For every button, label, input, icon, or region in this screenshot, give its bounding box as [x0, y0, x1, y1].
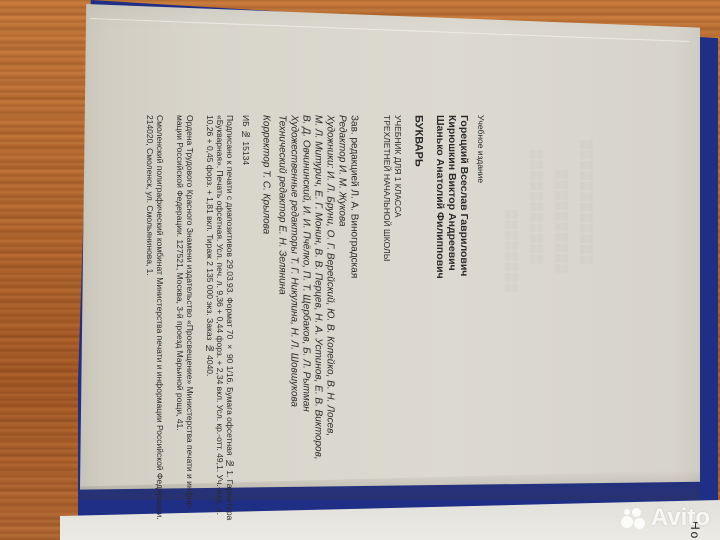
avito-dots-logo-icon [621, 506, 647, 530]
subtitle-line-2: ТРЕХЛЕТНЕЙ НАЧАЛЬНОЙ ШКОЛЫ [381, 115, 391, 261]
print-line: Подписано к печати с диапозитивов 29.03.… [224, 115, 234, 520]
author-3: Шанько Анатолий Филиппович [434, 115, 446, 279]
author-1: Горецкий Всеслав Гаврилович [458, 115, 470, 276]
publisher-line: Ордена Трудового Красного Знамени издате… [184, 115, 194, 510]
credits-line: В. Д. Овчининский, И. И. Пчёлко, П. Т. Щ… [300, 115, 312, 412]
imprint-block: Учебное издание Горецкий Всеслав Гаврило… [140, 100, 580, 470]
show-through-text: ▒▒▒▒▒▒▒▒▒▒▒▒ [580, 140, 594, 266]
credits-line: Технический редактор Е. Н. Зелянина [276, 115, 288, 295]
isbn-line: ИБ № 15134 [240, 115, 250, 165]
book-title: БУКВАРЬ [412, 115, 425, 167]
publisher-line: мации Российской Федерации. 127521, Моск… [174, 115, 184, 431]
credits-line: Корректор Т. С. Крылова [260, 115, 272, 234]
credits-line: М. Л. Митурич, Е. Г. Монин, В. В. Перцев… [312, 115, 324, 460]
subtitle-line-1: УЧЕБНИК ДЛЯ 1 КЛАССА [392, 115, 402, 218]
print-line: 10,26 + 0,45 форз. + 1,81 вкл. Тираж 2 1… [204, 115, 214, 376]
edition-type: Учебное издание [475, 115, 485, 183]
credits-line: Художники: И. Л. Бруни, О. Г. Верейский,… [324, 115, 336, 436]
credits-line: Редактор И. М. Жукова [336, 115, 348, 227]
printer-line: 214020, Смоленск, ул. Смольянинова, 1. [144, 115, 154, 276]
print-line: «Букварная». Печать офсетная. Усл. печ. … [214, 115, 224, 515]
credits-line: Художественные редакторы Т. Г. Никулина,… [288, 115, 300, 407]
credits-line: Зав. редакцией Л. А. Виноградская [348, 115, 360, 278]
author-2: Кирюшкин Виктор Андреевич [446, 115, 458, 271]
avito-watermark: Avito [621, 504, 710, 532]
printer-line: Смоленский полиграфический комбинат Мини… [154, 115, 164, 520]
avito-brand-text: Avito [651, 504, 710, 532]
